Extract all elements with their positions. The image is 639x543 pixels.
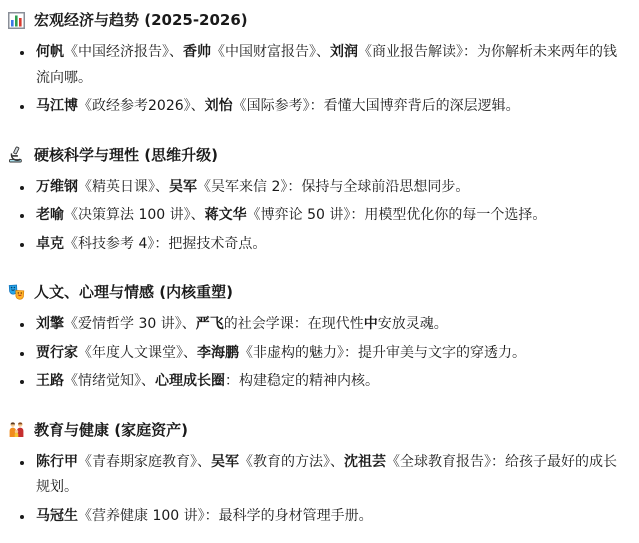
highlighted-name: 吴军	[169, 179, 197, 195]
list-item: 贾行家《年度人文课堂》、李海鹏《非虚构的魅力》：提升审美与文字的穿透力。	[36, 341, 629, 367]
highlighted-name: 吴军	[211, 454, 239, 470]
list-item: 马江博《政经参考2026》、刘怡《国际参考》：看懂大国博弈背后的深层逻辑。	[36, 94, 629, 120]
list-item: 万维钢《精英日课》、吴军《吴军来信 2》：保持与全球前沿思想同步。	[36, 175, 629, 201]
bar-chart-icon	[8, 12, 25, 29]
item-text: 《精英日课》、	[78, 179, 169, 195]
microscope-icon	[8, 146, 25, 163]
highlighted-name: 王路	[36, 373, 64, 389]
item-text: 《国际参考》：看懂大国博弈背后的深层逻辑。	[233, 98, 520, 114]
content-section: 硬核科学与理性 (思维升级)万维钢《精英日课》、吴军《吴军来信 2》：保持与全球…	[8, 145, 629, 258]
section-header: 硬核科学与理性 (思维升级)	[8, 145, 629, 165]
item-text: 《教育的方法》、	[239, 454, 344, 470]
highlighted-name: 严飞	[196, 316, 224, 332]
item-text: 安放灵魂。	[378, 316, 448, 332]
bullet-list: 陈行甲《青春期家庭教育》、吴军《教育的方法》、沈祖芸《全球教育报告》：给孩子最好…	[8, 450, 629, 530]
highlighted-name: 沈祖芸	[344, 454, 386, 470]
item-text: 《爱情哲学 30 讲》、	[64, 316, 196, 332]
document-body: 宏观经济与趋势 (2025-2026)何帆《中国经济报告》、香帅《中国财富报告》…	[0, 0, 639, 529]
list-item: 马冠生《营养健康 100 讲》：最科学的身材管理手册。	[36, 504, 629, 530]
section-title: 教育与健康 (家庭资产)	[34, 420, 188, 440]
section-header: 宏观经济与趋势 (2025-2026)	[8, 10, 629, 30]
bullet-list: 刘擎《爱情哲学 30 讲》、严飞的社会学课：在现代性中安放灵魂。贾行家《年度人文…	[8, 312, 629, 395]
highlighted-name: 老喻	[36, 207, 64, 223]
highlighted-name: 刘怡	[205, 98, 233, 114]
theater-masks-icon	[8, 284, 25, 301]
content-section: 宏观经济与趋势 (2025-2026)何帆《中国经济报告》、香帅《中国财富报告》…	[8, 10, 629, 120]
bullet-list: 万维钢《精英日课》、吴军《吴军来信 2》：保持与全球前沿思想同步。老喻《决策算法…	[8, 175, 629, 258]
list-item: 王路《情绪觉知》、心理成长圈：构建稳定的精神内核。	[36, 369, 629, 395]
highlighted-name: 蒋文华	[205, 207, 247, 223]
section-header: 人文、心理与情感 (内核重塑)	[8, 282, 629, 302]
highlighted-name: 陈行甲	[36, 454, 78, 470]
item-text: 《年度人文课堂》、	[78, 345, 197, 361]
highlighted-name: 卓克	[36, 236, 64, 252]
highlighted-name: 贾行家	[36, 345, 78, 361]
highlighted-name: 中	[364, 316, 378, 332]
item-text: 《营养健康 100 讲》：最科学的身材管理手册。	[78, 508, 373, 524]
item-text: 《中国经济报告》、	[64, 44, 183, 60]
family-icon	[8, 421, 25, 438]
item-text: 《吴军来信 2》：保持与全球前沿思想同步。	[197, 179, 469, 195]
list-item: 卓克《科技参考 4》：把握技术奇点。	[36, 232, 629, 258]
item-text: 《中国财富报告》、	[211, 44, 330, 60]
list-item: 刘擎《爱情哲学 30 讲》、严飞的社会学课：在现代性中安放灵魂。	[36, 312, 629, 338]
item-text: 《情绪觉知》、	[64, 373, 155, 389]
content-section: 人文、心理与情感 (内核重塑)刘擎《爱情哲学 30 讲》、严飞的社会学课：在现代…	[8, 282, 629, 395]
highlighted-name: 马冠生	[36, 508, 78, 524]
highlighted-name: 刘润	[330, 44, 358, 60]
highlighted-name: 马江博	[36, 98, 78, 114]
item-text: 《非虚构的魅力》：提升审美与文字的穿透力。	[239, 345, 526, 361]
section-title: 人文、心理与情感 (内核重塑)	[34, 282, 233, 302]
highlighted-name: 心理成长圈	[155, 373, 225, 389]
highlighted-name: 香帅	[183, 44, 211, 60]
item-text: 《青春期家庭教育》、	[78, 454, 211, 470]
highlighted-name: 刘擎	[36, 316, 64, 332]
highlighted-name: 李海鹏	[197, 345, 239, 361]
content-section: 教育与健康 (家庭资产)陈行甲《青春期家庭教育》、吴军《教育的方法》、沈祖芸《全…	[8, 420, 629, 530]
item-text: 的社会学课：在现代性	[224, 316, 364, 332]
item-text: 《政经参考2026》、	[78, 98, 205, 114]
highlighted-name: 万维钢	[36, 179, 78, 195]
list-item: 老喻《决策算法 100 讲》、蒋文华《博弈论 50 讲》：用模型优化你的每一个选…	[36, 203, 629, 229]
section-title: 宏观经济与趋势 (2025-2026)	[34, 10, 248, 30]
bullet-list: 何帆《中国经济报告》、香帅《中国财富报告》、刘润《商业报告解读》：为你解析未来两…	[8, 40, 629, 120]
list-item: 陈行甲《青春期家庭教育》、吴军《教育的方法》、沈祖芸《全球教育报告》：给孩子最好…	[36, 450, 629, 501]
section-header: 教育与健康 (家庭资产)	[8, 420, 629, 440]
item-text: ：构建稳定的精神内核。	[225, 373, 379, 389]
highlighted-name: 何帆	[36, 44, 64, 60]
item-text: 《决策算法 100 讲》、	[64, 207, 205, 223]
section-title: 硬核科学与理性 (思维升级)	[34, 145, 218, 165]
item-text: 《博弈论 50 讲》：用模型优化你的每一个选择。	[247, 207, 547, 223]
item-text: 《科技参考 4》：把握技术奇点。	[64, 236, 266, 252]
list-item: 何帆《中国经济报告》、香帅《中国财富报告》、刘润《商业报告解读》：为你解析未来两…	[36, 40, 629, 91]
